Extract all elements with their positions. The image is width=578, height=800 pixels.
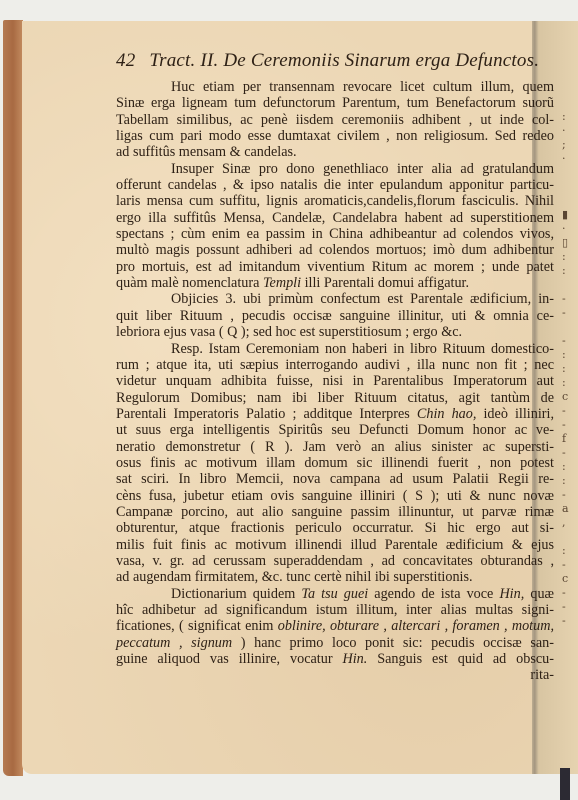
text-line: spectans ; cùm enim ea passim in China a… — [116, 226, 554, 242]
text-line: ad augendam firmitatem, &c. tunc certè n… — [116, 569, 554, 585]
text-line: Tabellam similibus, ac penè iisdem cerem… — [116, 112, 554, 128]
text-line: Objicies 3. ubi primùm confectum est Par… — [116, 291, 554, 307]
text-line: offerunt candelas , & ipso natalis die i… — [116, 177, 554, 193]
text-line: lebriora ejus vasa ( Q ); sed hoc est su… — [116, 324, 554, 340]
text-line: ut suus erga intelligentis Spiritûs seu … — [116, 422, 554, 438]
text-line: sat sciri. In libro Memcii, nova campana… — [116, 471, 554, 487]
italic-term: Templi — [263, 275, 301, 291]
text-line: guine aliquod vas illinire, vocatur Hin.… — [116, 651, 554, 667]
page-number: 42 — [116, 50, 135, 71]
text-line: Sinæ erga ligneam tum defunctorum Parent… — [116, 95, 554, 111]
text-line: Campanæ porcino, aut alio sanguine passi… — [116, 504, 554, 520]
text-line: vasa, v. gr. ad cerussam superaddendam ,… — [116, 553, 554, 569]
italic-term: Chin hao, — [417, 406, 477, 422]
text-line: cèns fusa, jubetur etiam ovis sanguine i… — [116, 488, 554, 504]
text-line: rum ; atque ita, uti sæpius interrogando… — [116, 357, 554, 373]
text-line: pro mortuis, est ad imitandum viventium … — [116, 259, 554, 275]
running-head-title: Tract. II. De Ceremoniis Sinarum erga De… — [149, 50, 539, 71]
text-line: rita- — [116, 667, 554, 683]
text-line: ligas cum pari modo esse dumtaxat civile… — [116, 128, 554, 144]
text-line: multò magis possunt adhiberi ad colendos… — [116, 242, 554, 258]
page-content: 42Tract. II. De Ceremoniis Sinarum erga … — [116, 49, 556, 684]
text-line: Dictionarium quidem Ta tsu guei agendo d… — [116, 586, 554, 602]
text-line: quit liber Rituum , pecudis occisæ sangu… — [116, 308, 554, 324]
text-line: Resp. Istam Ceremoniam non haberi in lib… — [116, 341, 554, 357]
text-line: Huc etiam per transennam revocare licet … — [116, 79, 554, 95]
italic-term: Hin, — [499, 586, 524, 602]
page-stack-edge — [3, 20, 23, 776]
text-line: quàm malè nomenclatura Templi illi Paren… — [116, 275, 554, 291]
text-line: milis fuit finis ac motivum illinendi il… — [116, 537, 554, 553]
italic-term: oblinire, obturare , altercari , foramen… — [278, 618, 554, 634]
italic-term: peccatum , signum — [116, 635, 232, 651]
italic-term: Hin. — [342, 651, 367, 667]
text-line: videtur unquam adhibita fuisse, nisi in … — [116, 373, 554, 389]
text-line: osus finis ac motivum illam domum sic il… — [116, 455, 554, 471]
text-line: ad suffitûs mensam & candelas. — [116, 144, 554, 160]
italic-term: Ta tsu guei — [301, 586, 368, 602]
text-line: neratio demonstretur ( R ). Jam verò an … — [116, 439, 554, 455]
text-line: ergo illa suffitûs Mensa, Candelæ, Cande… — [116, 210, 554, 226]
text-line: Insuper Sinæ pro dono genethliaco inter … — [116, 161, 554, 177]
body-text: Huc etiam per transennam revocare licet … — [116, 79, 554, 684]
adjacent-page-text-fragments: : · ; · ▮ · ▯ : : - - - : : : c - - f - … — [562, 110, 576, 710]
text-line: peccatum , signum ) hanc primo loco poni… — [116, 635, 554, 651]
text-line: laris mensa cum suffitu, lignis aromatic… — [116, 193, 554, 209]
bookmark-ribbon — [560, 768, 570, 800]
text-line: hîc adhibetur ad significandum istum ill… — [116, 602, 554, 618]
running-head: 42Tract. II. De Ceremoniis Sinarum erga … — [116, 49, 556, 73]
text-line: obturentur, atque fractionis periculo oc… — [116, 520, 554, 536]
text-line: ficationes, ( significat enim oblinire, … — [116, 618, 554, 634]
text-line: Regulorum Domibus; nam ibi liber Rituum … — [116, 390, 554, 406]
text-line: Parentali Imperatoris Palatio ; additque… — [116, 406, 554, 422]
